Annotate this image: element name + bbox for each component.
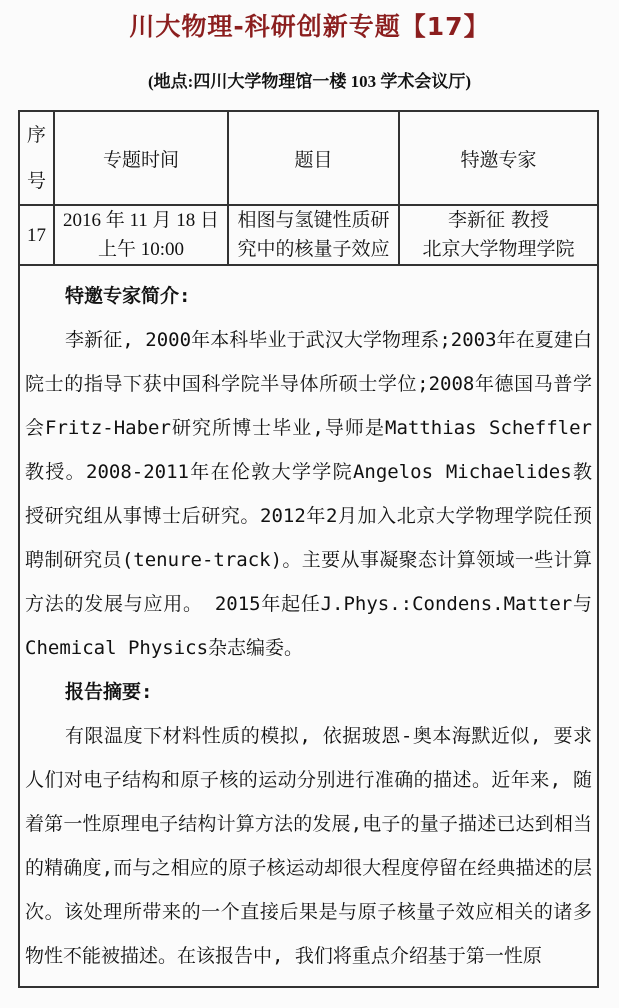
expert-affiliation: 北京大学物理学院 [400,235,597,264]
expert-name: 李新征 教授 [400,206,597,235]
col-header-time: 专题时间 [54,111,228,205]
detail-content: 特邀专家简介: 李新征, 2000年本科毕业于武汉大学物理系;2003年在夏建白… [20,266,597,986]
bio-heading: 特邀专家简介: [25,274,592,318]
col-header-seq: 序号 [19,111,54,205]
time-date: 2016 年 11 月 18 日 [55,206,227,235]
page-subtitle: (地点:四川大学物理馆一楼 103 学术会议厅) [0,67,619,92]
col-header-expert: 特邀专家 [399,111,598,205]
abstract-heading: 报告摘要: [25,670,592,714]
detail-row: 特邀专家简介: 李新征, 2000年本科毕业于武汉大学物理系;2003年在夏建白… [19,265,598,987]
schedule-table: 序号 专题时间 题目 特邀专家 17 2016 年 11 月 18 日 上午 1… [18,110,599,988]
topic-value: 相图与氢键性质研究中的核量子效应 [228,205,399,265]
time-hour: 上午 10:00 [55,235,227,264]
bio-paragraph: 李新征, 2000年本科毕业于武汉大学物理系;2003年在夏建白院士的指导下获中… [25,318,592,670]
seq-value: 17 [19,205,54,265]
seminar-announcement-page: 川大物理-科研创新专题【17】 (地点:四川大学物理馆一楼 103 学术会议厅)… [0,0,619,1008]
col-header-topic: 题目 [228,111,399,205]
page-title: 川大物理-科研创新专题【17】 [0,0,619,43]
time-value: 2016 年 11 月 18 日 上午 10:00 [54,205,228,265]
table-row: 17 2016 年 11 月 18 日 上午 10:00 相图与氢键性质研究中的… [19,205,598,265]
detail-cell: 特邀专家简介: 李新征, 2000年本科毕业于武汉大学物理系;2003年在夏建白… [19,265,598,987]
expert-value: 李新征 教授 北京大学物理学院 [399,205,598,265]
table-header-row: 序号 专题时间 题目 特邀专家 [19,111,598,205]
abstract-paragraph: 有限温度下材料性质的模拟, 依据玻恩-奥本海默近似, 要求人们对电子结构和原子核… [25,714,592,978]
